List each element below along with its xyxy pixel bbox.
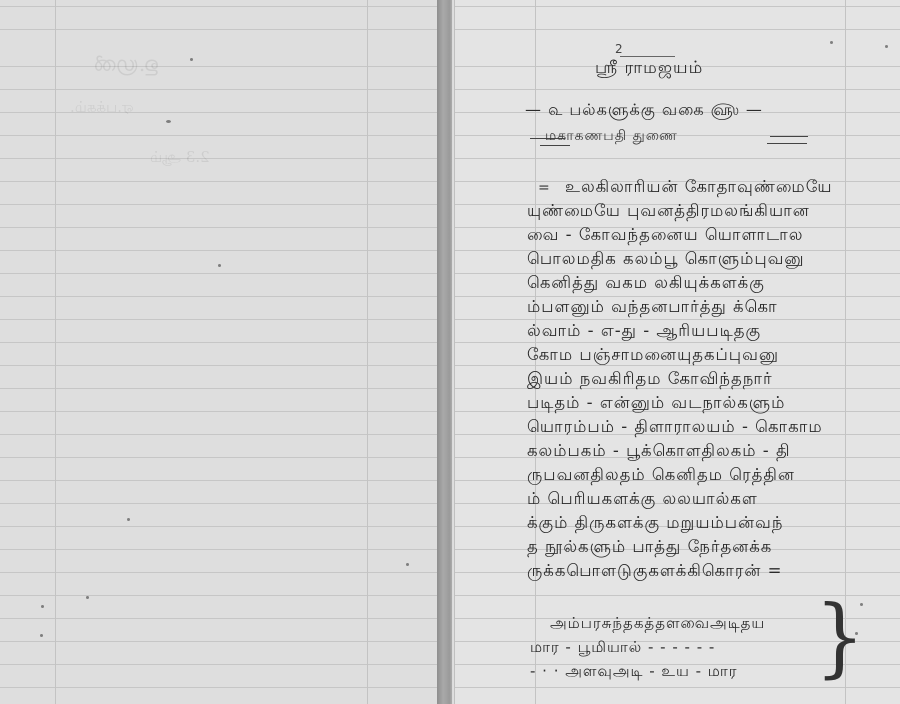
manuscript-line: வை - கோவந்தனைய யொளாடால bbox=[527, 225, 803, 247]
right-page: 2 ஸ்ரீ ராமஜயம் — ௳ பல்களுக்கு வகை ௵ — மக… bbox=[455, 0, 900, 704]
notebook-spread: ഉ.ഗ്രൽ ஏ.பக்கம். 2.3 ஆம் 2 ஸ்ரீ ராமஜயம் … bbox=[0, 0, 900, 704]
heading-underline-right bbox=[770, 136, 808, 137]
paper-speck bbox=[166, 120, 171, 123]
manuscript-line: இயம் நவகிரிதம கோவிந்தநார் bbox=[527, 369, 773, 391]
manuscript-line: ம்பளனும் வந்தனபார்த்து க்கொ bbox=[527, 297, 778, 319]
manuscript-line: ம் பெரியகளக்கு லலயால்கள bbox=[527, 489, 758, 511]
paper-speck bbox=[830, 41, 833, 44]
manuscript-line: ருபவனதிலதம் கெனிதம ரெத்தின bbox=[527, 465, 795, 487]
page-number-underline bbox=[620, 56, 675, 57]
paper-speck bbox=[855, 632, 858, 635]
heading-underline-right bbox=[767, 143, 807, 144]
invocation-heading: ஸ்ரீ ராமஜயம் bbox=[595, 58, 703, 80]
paper-speck bbox=[885, 45, 888, 48]
manuscript-line: த நூல்களும் பாத்து நேர்தனக்க bbox=[527, 537, 772, 559]
verse-line: - · · அளவுஅடி - உய - மார bbox=[530, 662, 737, 682]
verse-line: அம்பரசுந்தகத்தளவைஅடிதய bbox=[550, 614, 765, 634]
ruled-lines bbox=[0, 0, 437, 704]
bleed-through-text: 2.3 ஆம் bbox=[150, 148, 210, 168]
paper-speck bbox=[40, 634, 43, 637]
manuscript-line: கலம்பகம் - பூக்கொளதிலகம் - தி bbox=[527, 441, 791, 463]
manuscript-line: பொலமதிக கலம்பூ கொளும்புவனு bbox=[527, 249, 805, 271]
paper-speck bbox=[190, 58, 193, 61]
manuscript-line: க்கும் திருகளக்கு மறுயம்பன்வந் bbox=[527, 513, 783, 535]
paper-speck bbox=[406, 563, 409, 566]
bleed-through-text: ஏ.பக்கம். bbox=[70, 98, 134, 118]
paper-speck bbox=[41, 605, 44, 608]
manuscript-line: உலகிலாரியன் கோதாவுண்மையே bbox=[565, 177, 833, 199]
page-number: 2 bbox=[615, 42, 624, 56]
right-margin-line bbox=[367, 0, 368, 704]
manuscript-line: கோம பஞ்சாமனையுதகப்புவனு bbox=[527, 345, 779, 367]
verse-line: மார - பூமியால் - - - - - - bbox=[530, 638, 715, 658]
section-subheading: மகாகணபதி துணை bbox=[545, 128, 678, 146]
bleed-through-text: ഉ.ഗ്രൽ bbox=[95, 52, 160, 76]
manuscript-line: கெனித்து வகம லகியுக்களக்கு bbox=[527, 273, 765, 295]
left-margin-line bbox=[55, 0, 56, 704]
section-heading: — ௳ பல்களுக்கு வகை ௵ — bbox=[525, 100, 763, 121]
manuscript-line: யுண்மையே புவனத்திரமலங்கியான bbox=[527, 201, 810, 223]
manuscript-line: ருக்கபொளடுகுகளக்கிகொரன் = bbox=[527, 561, 782, 583]
left-page: ഉ.ഗ്രൽ ஏ.பக்கம். 2.3 ஆம் bbox=[0, 0, 437, 704]
paragraph-mark: = bbox=[538, 180, 550, 196]
paper-speck bbox=[86, 596, 89, 599]
paper-speck bbox=[127, 518, 130, 521]
paper-speck bbox=[218, 264, 221, 267]
verse-brace: } bbox=[815, 605, 865, 671]
manuscript-line: படிதம் - என்னும் வடநால்களும் bbox=[527, 393, 785, 415]
manuscript-line: யொரம்பம் - திளாராலயம் - கொகாம bbox=[527, 417, 823, 439]
paper-speck bbox=[860, 603, 863, 606]
page-edge bbox=[452, 0, 454, 704]
manuscript-line: ல்வாம் - எ-து - ஆரியபடிதகு bbox=[527, 321, 761, 343]
